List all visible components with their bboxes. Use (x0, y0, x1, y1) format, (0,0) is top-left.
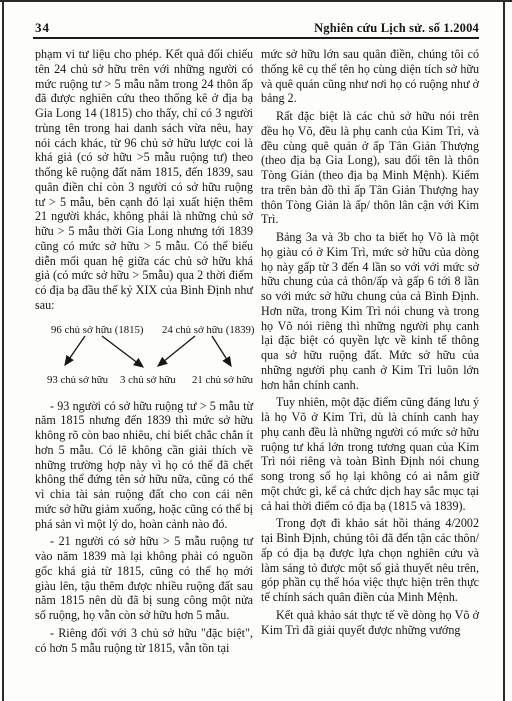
body-paragraph: - Riêng đối với 3 chủ sở hữu "đặc biệt",… (35, 626, 253, 656)
page-header: 34 Nghiên cứu Lịch sử. số 1.2004 (33, 18, 479, 38)
right-column: mức sở hữu lớn sau quân điền, chúng tôi … (261, 47, 479, 640)
scan-border-right (503, 0, 505, 701)
diagram-node-93: 93 chủ sở hữu (47, 374, 108, 386)
diagram-node-96-1815: 96 chủ sở hữu (1815) (51, 324, 144, 336)
body-paragraph: Tuy nhiên, một đặc điểm cũng đáng lưu ý … (261, 395, 479, 513)
ownership-relation-diagram: 96 chủ sở hữu (1815) 24 chủ sở hữu (1839… (35, 319, 253, 393)
body-paragraph: phạm vi tư liệu cho phép. Kết quả đối ch… (35, 47, 253, 313)
diagram-node-3: 3 chủ sở hữu (120, 374, 176, 386)
body-paragraph: - 93 người có sở hữu ruộng tư > 5 mẫu từ… (35, 399, 253, 532)
body-paragraph: Trong đợt đi khảo sát hồi tháng 4/2002 t… (261, 516, 479, 605)
body-paragraph: Rất đặc biệt là các chủ sở hữu nói trên … (261, 109, 479, 227)
scan-border-left (2, 0, 4, 701)
scanned-paper-page: { "header": { "page_number": "34", "jour… (0, 0, 512, 701)
body-paragraph: Kết quả khảo sát thực tế về dòng họ Võ ở… (261, 608, 479, 638)
diagram-node-21: 21 chủ sở hữu (192, 374, 253, 386)
scan-border-top (0, 0, 512, 2)
journal-title: Nghiên cứu Lịch sử. số 1.2004 (314, 21, 479, 36)
page-number: 34 (35, 20, 50, 36)
body-paragraph: Bảng 3a và 3b cho ta biết họ Võ là một h… (261, 230, 479, 392)
header-rule (33, 37, 479, 39)
body-paragraph: - 21 người có sở hữu > 5 mẫu ruộng tư và… (35, 534, 253, 623)
left-column: phạm vi tư liệu cho phép. Kết quả đối ch… (35, 47, 253, 658)
body-paragraph: mức sở hữu lớn sau quân điền, chúng tôi … (261, 47, 479, 106)
diagram-node-24-1839: 24 chủ sở hữu (1839) (162, 324, 255, 336)
